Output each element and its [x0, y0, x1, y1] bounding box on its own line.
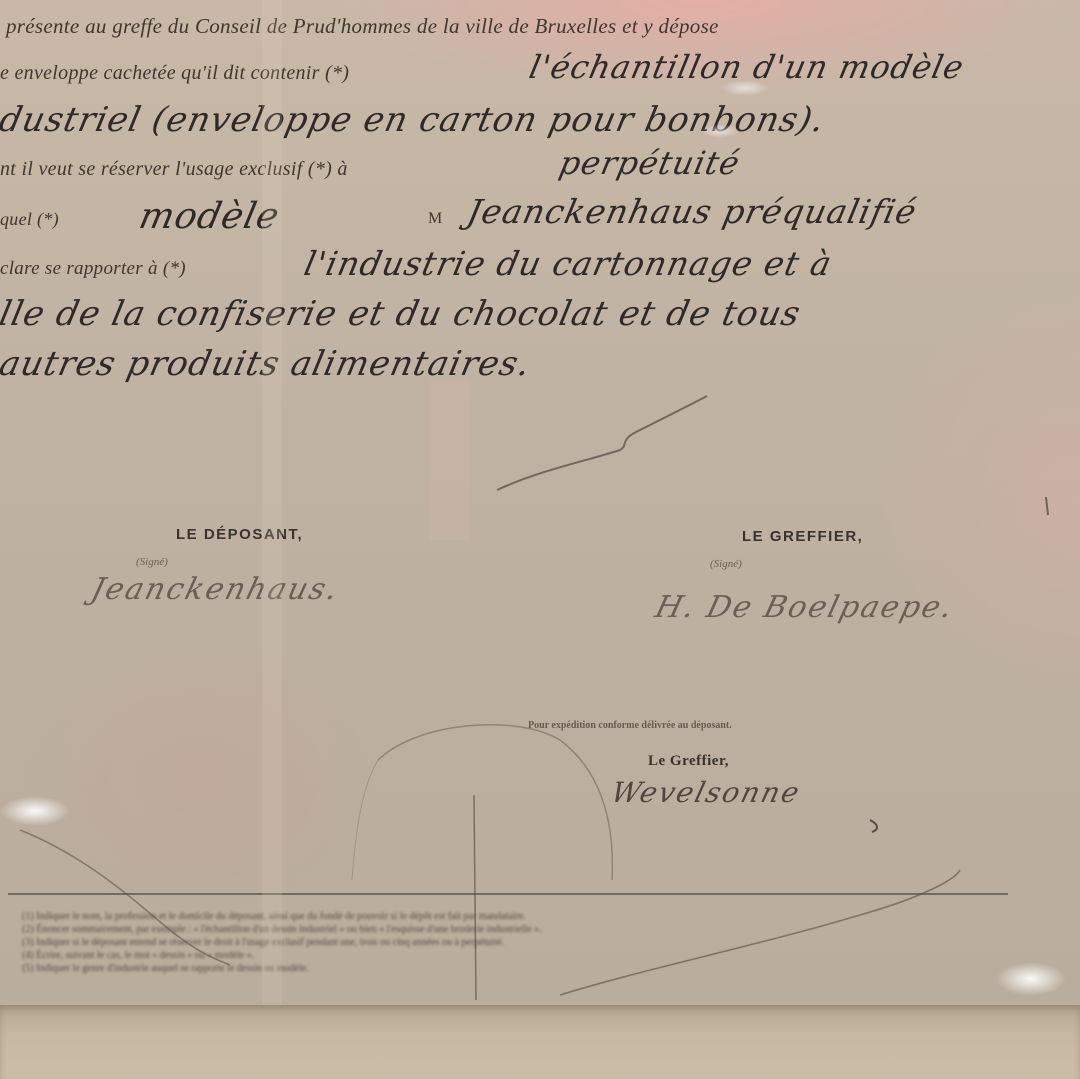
- glare-bottom-right: [996, 962, 1066, 996]
- glare-top: [720, 80, 770, 96]
- ink-marks-overlay: [0, 0, 1080, 1005]
- glare-top-2: [700, 124, 740, 138]
- document-paper: présente au greffe du Conseil de Prud'ho…: [0, 0, 1080, 1005]
- glare-left: [0, 796, 70, 826]
- frame-mat: [0, 1005, 1080, 1079]
